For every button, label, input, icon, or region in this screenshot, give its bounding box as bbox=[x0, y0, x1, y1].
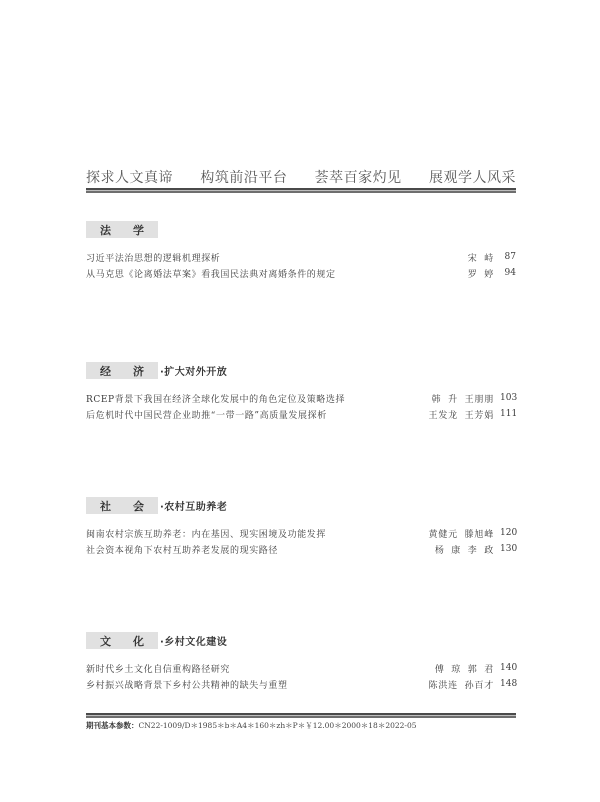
section-society: 社 会 ·农村互助养老 闽南农村宗族互助养老：内在基因、现实困境及功能发挥 黄健… bbox=[86, 497, 516, 557]
section-subtitle: ·乡村文化建设 bbox=[160, 633, 227, 648]
entry-title: 乡村振兴战略背景下乡村公共精神的缺失与重塑 bbox=[86, 678, 429, 691]
entry-authors: 罗 婷 bbox=[468, 267, 494, 280]
journal-parameters-label: 期刊基本参数： bbox=[86, 721, 139, 730]
section-economy: 经 济 ·扩大对外开放 RCEP背景下我国在经济全球化发展中的角色定位及策略选择… bbox=[86, 362, 516, 422]
entry-title: 社会资本视角下农村互助养老发展的现实路径 bbox=[86, 543, 435, 556]
section-heading: 经 济 ·扩大对外开放 bbox=[86, 362, 516, 379]
entry-title: 闽南农村宗族互助养老：内在基因、现实困境及功能发挥 bbox=[86, 527, 429, 540]
entry-authors: 宋 峙 bbox=[468, 251, 494, 264]
journal-parameters: 期刊基本参数：CN22-1009/D＊1985＊b＊A4＊160＊zh＊P＊￥1… bbox=[86, 720, 516, 731]
section-culture: 文 化 ·乡村文化建设 新时代乡土文化自信重构路径研究 傅 琼 郭 君 140 … bbox=[86, 632, 516, 692]
footer-divider bbox=[86, 713, 516, 718]
toc-entry[interactable]: 后危机时代中国民营企业助推“一带一路”高质量发展探析 王发龙 王芳娟 111 bbox=[86, 406, 516, 422]
section-label-box: 经 济 bbox=[86, 362, 158, 379]
slogan: 构筑前沿平台 bbox=[200, 167, 287, 187]
journal-parameters-value: CN22-1009/D＊1985＊b＊A4＊160＊zh＊P＊￥12.00＊20… bbox=[139, 721, 417, 730]
section-label-char: 法 bbox=[100, 222, 111, 238]
section-label-char: 社 bbox=[100, 498, 111, 514]
section-law: 法 学 习近平法治思想的逻辑机理探析 宋 峙 87 从马克思《论离婚法草案》看我… bbox=[86, 221, 516, 281]
entry-page: 111 bbox=[500, 409, 516, 419]
entry-list: 习近平法治思想的逻辑机理探析 宋 峙 87 从马克思《论离婚法草案》看我国民法典… bbox=[86, 249, 516, 281]
entry-list: RCEP背景下我国在经济全球化发展中的角色定位及策略选择 韩 升 王朋朋 103… bbox=[86, 390, 516, 422]
entry-list: 闽南农村宗族互助养老：内在基因、现实困境及功能发挥 黄健元 滕旭峰 120 社会… bbox=[86, 525, 516, 557]
toc-entry[interactable]: 从马克思《论离婚法草案》看我国民法典对离婚条件的规定 罗 婷 94 bbox=[86, 265, 516, 281]
entry-page: 120 bbox=[500, 528, 516, 538]
section-label-char: 化 bbox=[133, 633, 144, 649]
entry-page: 87 bbox=[500, 252, 516, 262]
journal-contents-page: 探求人文真谛 构筑前沿平台 荟萃百家灼见 展观学人风采 法 学 习近平法治思想的… bbox=[0, 0, 600, 802]
section-label-box: 法 学 bbox=[86, 221, 158, 238]
toc-entry[interactable]: 习近平法治思想的逻辑机理探析 宋 峙 87 bbox=[86, 249, 516, 265]
entry-authors: 王发龙 王芳娟 bbox=[429, 408, 494, 421]
toc-entry[interactable]: 新时代乡土文化自信重构路径研究 傅 琼 郭 君 140 bbox=[86, 660, 516, 676]
entry-authors: 杨 康 李 政 bbox=[435, 543, 494, 556]
entry-authors: 傅 琼 郭 君 bbox=[435, 662, 494, 675]
entry-page: 148 bbox=[500, 679, 516, 689]
entry-list: 新时代乡土文化自信重构路径研究 傅 琼 郭 君 140 乡村振兴战略背景下乡村公… bbox=[86, 660, 516, 692]
entry-title: 从马克思《论离婚法草案》看我国民法典对离婚条件的规定 bbox=[86, 267, 468, 280]
toc-entry[interactable]: 社会资本视角下农村互助养老发展的现实路径 杨 康 李 政 130 bbox=[86, 541, 516, 557]
entry-authors: 陈洪连 孙百才 bbox=[429, 678, 494, 691]
header-divider bbox=[86, 188, 516, 193]
entry-title: 习近平法治思想的逻辑机理探析 bbox=[86, 251, 468, 264]
toc-entry[interactable]: 闽南农村宗族互助养老：内在基因、现实困境及功能发挥 黄健元 滕旭峰 120 bbox=[86, 525, 516, 541]
entry-title: 新时代乡土文化自信重构路径研究 bbox=[86, 662, 435, 675]
section-heading: 法 学 bbox=[86, 221, 516, 238]
toc-entry[interactable]: 乡村振兴战略背景下乡村公共精神的缺失与重塑 陈洪连 孙百才 148 bbox=[86, 676, 516, 692]
section-label-char: 经 bbox=[100, 363, 111, 379]
section-label-box: 文 化 bbox=[86, 632, 158, 649]
entry-title: 后危机时代中国民营企业助推“一带一路”高质量发展探析 bbox=[86, 408, 429, 421]
entry-title: RCEP背景下我国在经济全球化发展中的角色定位及策略选择 bbox=[86, 392, 432, 405]
toc-entry[interactable]: RCEP背景下我国在经济全球化发展中的角色定位及策略选择 韩 升 王朋朋 103 bbox=[86, 390, 516, 406]
section-label-char: 会 bbox=[133, 498, 144, 514]
slogan: 展观学人风采 bbox=[429, 167, 516, 187]
section-heading: 社 会 ·农村互助养老 bbox=[86, 497, 516, 514]
section-subtitle: ·农村互助养老 bbox=[160, 498, 227, 513]
entry-authors: 韩 升 王朋朋 bbox=[432, 392, 494, 405]
entry-page: 94 bbox=[500, 268, 516, 278]
section-label-char: 济 bbox=[133, 363, 144, 379]
entry-authors: 黄健元 滕旭峰 bbox=[429, 527, 494, 540]
section-label-box: 社 会 bbox=[86, 497, 158, 514]
entry-page: 130 bbox=[500, 544, 516, 554]
section-label-char: 文 bbox=[100, 633, 111, 649]
slogan: 荟萃百家灼见 bbox=[315, 167, 402, 187]
section-heading: 文 化 ·乡村文化建设 bbox=[86, 632, 516, 649]
section-label-char: 学 bbox=[133, 222, 144, 238]
slogan: 探求人文真谛 bbox=[86, 167, 173, 187]
section-subtitle: ·扩大对外开放 bbox=[160, 363, 227, 378]
entry-page: 140 bbox=[500, 663, 516, 673]
header-slogans: 探求人文真谛 构筑前沿平台 荟萃百家灼见 展观学人风采 bbox=[86, 166, 516, 188]
entry-page: 103 bbox=[500, 393, 516, 403]
